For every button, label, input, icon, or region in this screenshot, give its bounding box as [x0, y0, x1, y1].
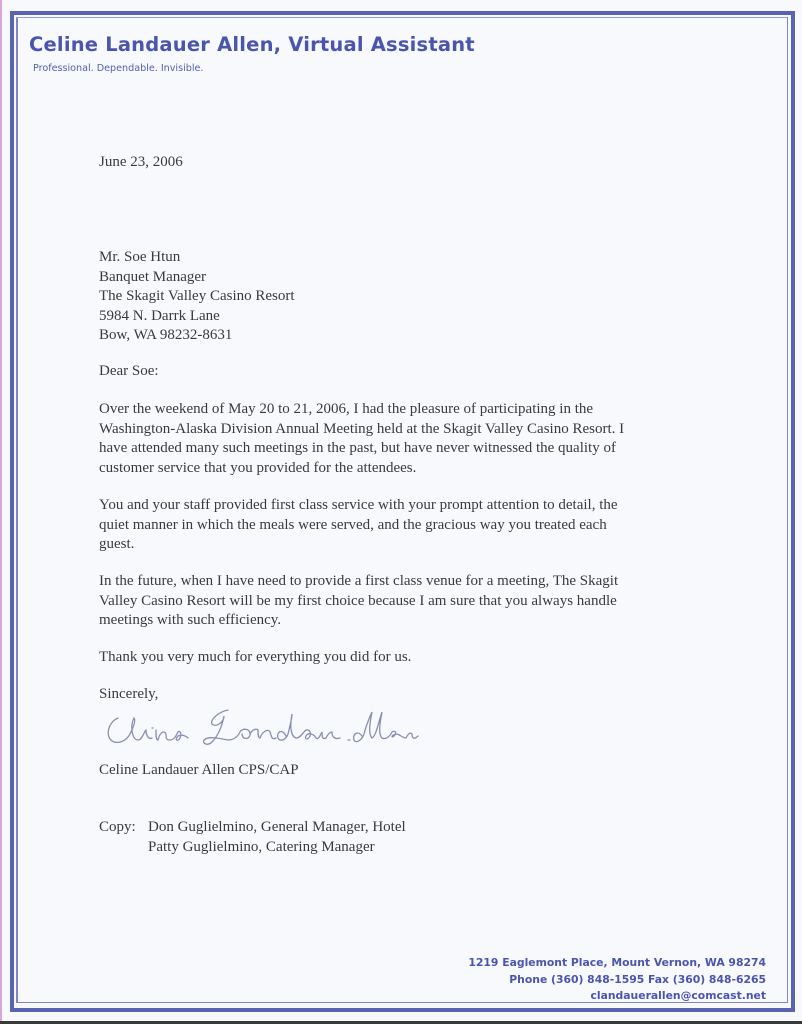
- copy-recipient: Patty Guglielmino, Catering Manager: [148, 838, 406, 858]
- footer-phone-fax: Phone (360) 848-1595 Fax (360) 848-6265: [468, 972, 766, 989]
- paragraph-line: Thank you very much for everything you d…: [99, 648, 709, 668]
- paragraph-line: have attended many such meetings in the …: [99, 439, 709, 459]
- recipient-line: 5984 N. Darrk Lane: [99, 307, 709, 327]
- handwritten-signature: [100, 700, 420, 750]
- paragraph-line: customer service that you provided for t…: [99, 459, 709, 479]
- paragraph-line: Over the weekend of May 20 to 21, 2006, …: [99, 400, 709, 420]
- salutation: Dear Soe:: [99, 362, 159, 382]
- paragraph-line: guest.: [99, 535, 709, 555]
- letter-date: June 23, 2006: [99, 153, 183, 173]
- paragraph-line: Washington-Alaska Division Annual Meetin…: [99, 420, 709, 440]
- paragraph-2: You and your staff provided first class …: [99, 496, 709, 555]
- recipient-line: The Skagit Valley Casino Resort: [99, 287, 709, 307]
- recipient-line: Bow, WA 98232-8631: [99, 326, 709, 346]
- scan-edge-left: [0, 0, 2, 1024]
- paragraph-line: In the future, when I have need to provi…: [99, 572, 709, 592]
- letterhead-tagline: Professional. Dependable. Invisible.: [33, 63, 203, 74]
- paragraph-line: quiet manner in which the meals were ser…: [99, 516, 709, 536]
- letterhead-name: Celine Landauer Allen, Virtual Assistant: [29, 33, 475, 56]
- recipient-line: Banquet Manager: [99, 268, 709, 288]
- paragraph-line: meetings with such efficiency.: [99, 611, 709, 631]
- paragraph-1: Over the weekend of May 20 to 21, 2006, …: [99, 400, 709, 478]
- signer-name: Celine Landauer Allen CPS/CAP: [99, 761, 299, 781]
- copy-label: Copy:: [99, 818, 136, 838]
- paragraph-3: In the future, when I have need to provi…: [99, 572, 709, 631]
- copy-recipients: Don Guglielmino, General Manager, Hotel …: [148, 818, 406, 857]
- recipient-line: Mr. Soe Htun: [99, 248, 709, 268]
- paragraph-line: Valley Casino Resort will be my first ch…: [99, 592, 709, 612]
- footer-address: 1219 Eaglemont Place, Mount Vernon, WA 9…: [468, 955, 766, 972]
- letterhead-footer: 1219 Eaglemont Place, Mount Vernon, WA 9…: [468, 955, 766, 1005]
- recipient-address: Mr. Soe Htun Banquet Manager The Skagit …: [99, 248, 709, 346]
- page-border-inner-top: [16, 17, 787, 18]
- paragraph-4: Thank you very much for everything you d…: [99, 648, 709, 668]
- paragraph-line: You and your staff provided first class …: [99, 496, 709, 516]
- copy-recipient: Don Guglielmino, General Manager, Hotel: [148, 818, 406, 838]
- footer-email: clandauerallen@comcast.net: [468, 988, 766, 1005]
